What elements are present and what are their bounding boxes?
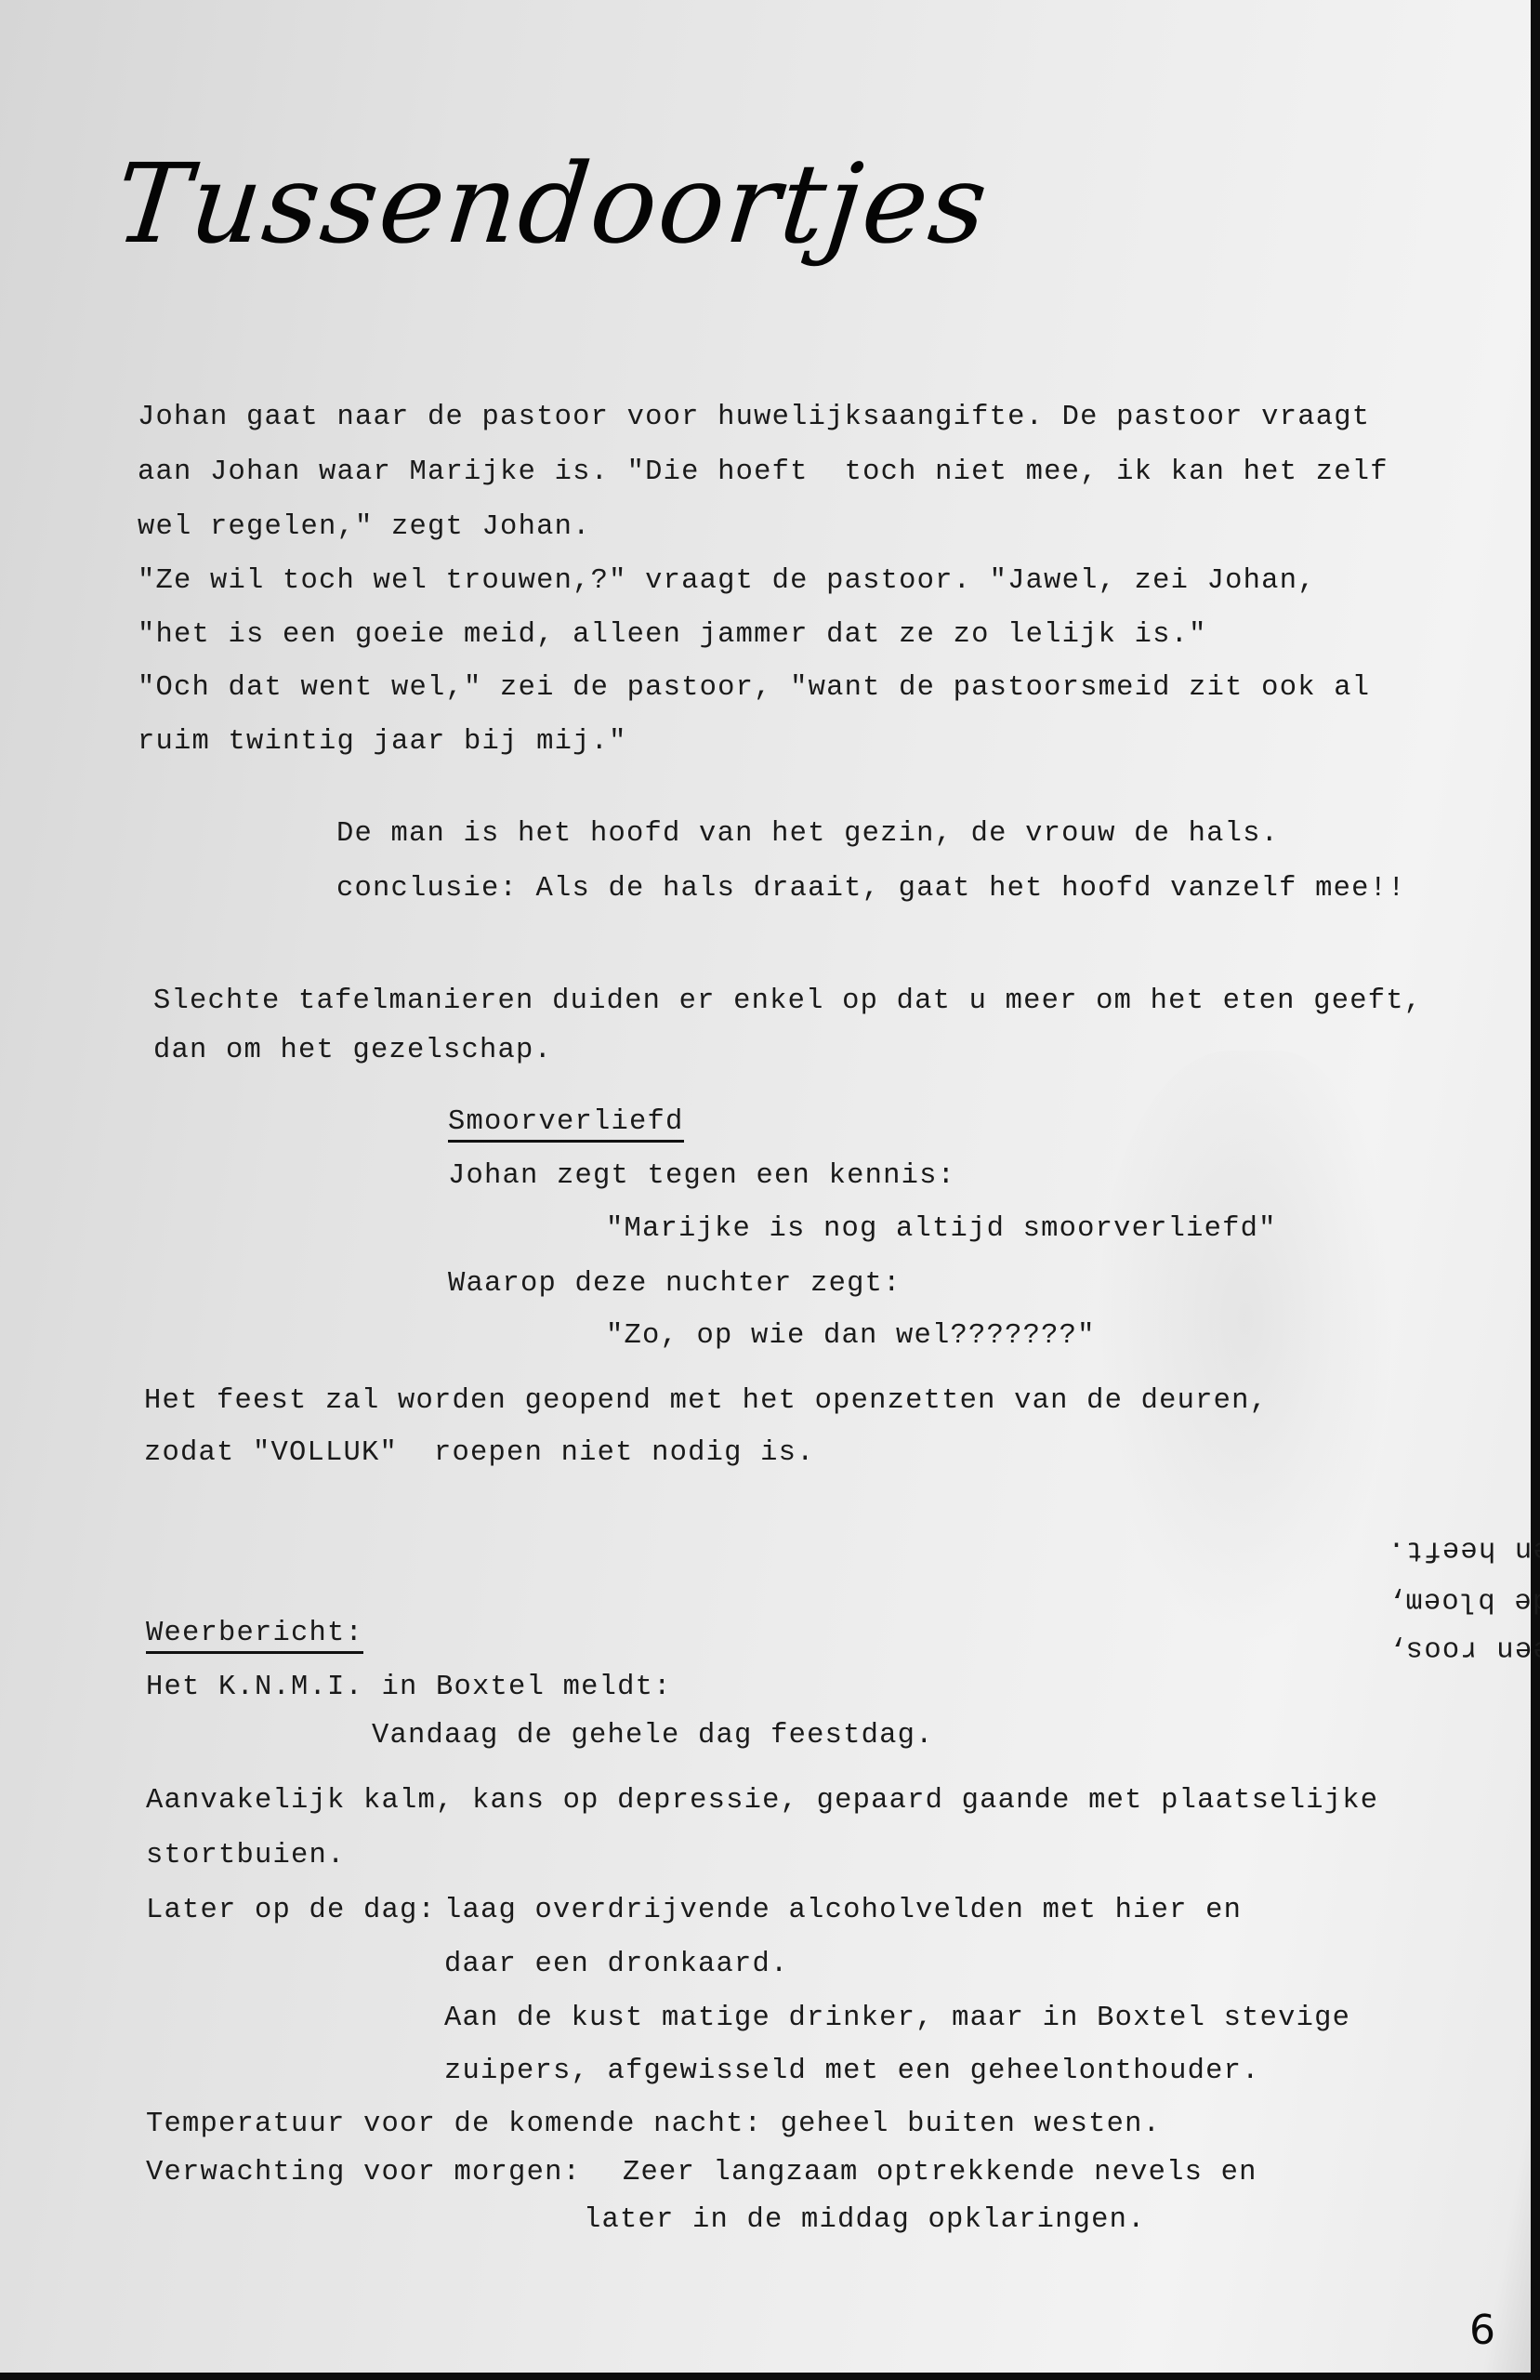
label: Later op de dag: bbox=[146, 1897, 436, 1925]
text-line: Temperatuur voor de komende nacht: gehee… bbox=[146, 2110, 1161, 2139]
text-line: ruim twintig jaar bij mij." bbox=[138, 728, 627, 757]
text-line: stortbuien. bbox=[146, 1842, 346, 1871]
upside-down-line: daarna bemerkt men pas dat ze ook doorne… bbox=[1387, 1535, 1540, 1564]
text-line: Aan de kust matige drinker, maar in Boxt… bbox=[444, 2004, 1350, 2033]
text-line: Johan zegt tegen een kennis: bbox=[448, 1162, 955, 1191]
text-line: later in de middag opklaringen. bbox=[584, 2206, 1146, 2235]
quote-line: "Zo, op wie dan wel???????" bbox=[606, 1322, 1096, 1351]
text-line: Zeer langzaam optrekkende nevels en bbox=[623, 2159, 1257, 2188]
text-line: Het feest zal worden geopend met het ope… bbox=[144, 1387, 1268, 1416]
page-title: Tussendoortjes bbox=[110, 139, 995, 268]
upside-down-line: De liefde is als een roos, bbox=[1387, 1634, 1540, 1663]
text-line: aan Johan waar Marijke is. "Die hoeft to… bbox=[138, 458, 1389, 487]
scan-edge-right bbox=[1531, 0, 1540, 2380]
text-line: Waarop deze nuchter zegt: bbox=[448, 1270, 902, 1299]
section-heading: Smoorverliefd bbox=[448, 1108, 684, 1137]
text-line: "Och dat went wel," zei de pastoor, "wan… bbox=[138, 674, 1370, 703]
text-line: Slechte tafelmanieren duiden er enkel op… bbox=[153, 987, 1422, 1016]
text-line: dan om het gezelschap. bbox=[153, 1037, 552, 1065]
section-heading: Weerbericht: bbox=[146, 1620, 363, 1648]
text-line: Het K.N.M.I. in Boxtel meldt: bbox=[146, 1673, 672, 1702]
text-line: "Ze wil toch wel trouwen,?" vraagt de pa… bbox=[138, 567, 1316, 596]
text-line: De man is het hoofd van het gezin, de vr… bbox=[336, 820, 1279, 849]
text-line: Aanvakelijk kalm, kans op depressie, gep… bbox=[146, 1787, 1378, 1816]
text-line: Vandaag de gehele dag feestdag. bbox=[372, 1722, 934, 1751]
page-number: 6 bbox=[1469, 2307, 1495, 2354]
faint-show-through-illustration bbox=[1097, 1051, 1394, 1646]
upside-down-line: voor het huwelijk ziet men alleen de blo… bbox=[1387, 1586, 1540, 1615]
text-line: Johan gaat naar de pastoor voor huwelijk… bbox=[138, 403, 1370, 432]
label: Verwachting voor morgen: bbox=[146, 2159, 581, 2188]
text-line: zodat "VOLLUK" roepen niet nodig is. bbox=[144, 1439, 815, 1468]
text-line: laag overdrijvende alcoholvelden met hie… bbox=[444, 1897, 1242, 1925]
text-line: zuipers, afgewisseld met een geheelontho… bbox=[444, 2057, 1260, 2086]
text-line: wel regelen," zegt Johan. bbox=[138, 513, 591, 542]
text-line: conclusie: Als de hals draait, gaat het … bbox=[336, 875, 1406, 904]
text-line: "het is een goeie meid, alleen jammer da… bbox=[138, 621, 1207, 650]
scan-edge-bottom bbox=[0, 2373, 1540, 2380]
text-line: daar een dronkaard. bbox=[444, 1950, 789, 1979]
quote-line: "Marijke is nog altijd smoorverliefd" bbox=[606, 1215, 1277, 1244]
